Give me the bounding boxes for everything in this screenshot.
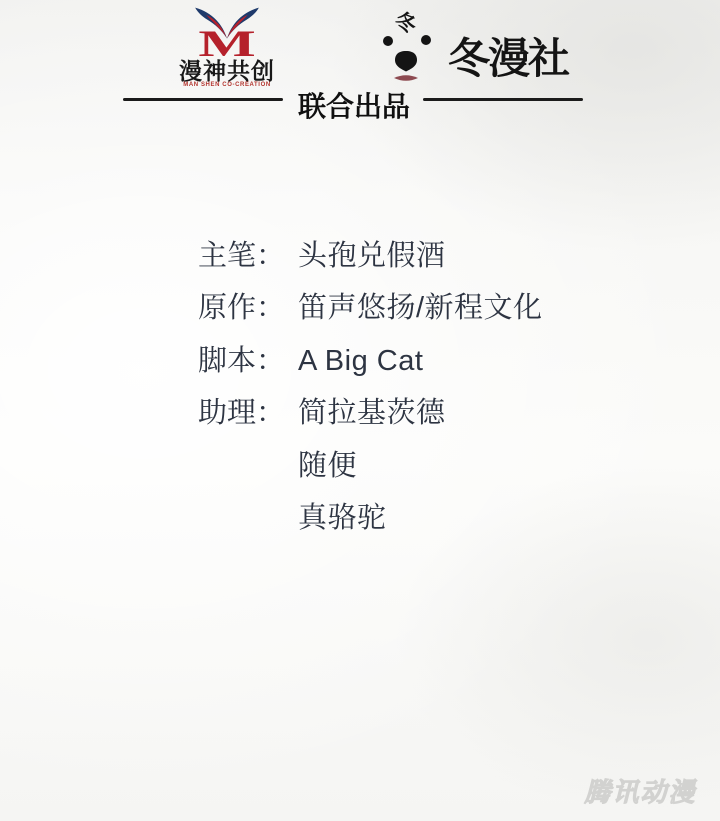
credit-label: 原作： <box>198 282 298 334</box>
credit-label <box>198 440 298 492</box>
dog-mouth <box>394 75 418 81</box>
credits-list: 主笔： 头孢兑假酒 原作： 笛声悠扬/新程文化 脚本： A Big Cat 助理… <box>198 230 543 544</box>
credit-value: 真骆驼 <box>298 492 387 544</box>
manshen-monogram: M <box>198 23 255 57</box>
credit-row-artist: 主笔： 头孢兑假酒 <box>198 230 543 282</box>
credit-label <box>198 492 298 544</box>
credit-row-assistant-3: 真骆驼 <box>198 492 543 544</box>
tencent-comics-watermark: 腾讯动漫 <box>582 772 703 809</box>
credit-value: A Big Cat <box>298 335 423 387</box>
dongmanshe-dog-icon: 冬 <box>380 10 436 85</box>
divider-right <box>423 98 583 101</box>
credit-row-script: 脚本： A Big Cat <box>198 335 543 387</box>
manshen-logo-subtitle: MAN SHEN CO-CREATION <box>166 82 288 88</box>
credit-row-assistant-1: 助理： 简拉基茨德 <box>198 387 543 439</box>
credit-value: 随便 <box>298 440 357 492</box>
credit-value: 简拉基茨德 <box>298 387 446 439</box>
credit-row-assistant-2: 随便 <box>198 440 543 492</box>
credit-label: 脚本： <box>198 335 298 387</box>
credit-label: 主笔： <box>198 230 298 282</box>
manshen-m-icon: M <box>187 6 267 57</box>
dog-left-eye <box>383 36 393 46</box>
comic-credits-page: M 漫神共创 MAN SHEN CO-CREATION 联合出品 冬 冬漫社 主… <box>0 0 720 821</box>
dongmanshe-logo-name: 冬漫社 <box>448 26 568 86</box>
credit-value: 头孢兑假酒 <box>298 230 446 282</box>
credit-row-original: 原作： 笛声悠扬/新程文化 <box>198 282 543 334</box>
dog-nose <box>395 51 417 72</box>
credit-label: 助理： <box>198 387 298 439</box>
dog-right-eye <box>421 35 431 45</box>
joint-production-label: 联合出品 <box>296 85 412 125</box>
credit-value: 笛声悠扬/新程文化 <box>298 282 543 334</box>
divider-left <box>123 98 283 101</box>
dog-hat-character: 冬 <box>392 10 421 38</box>
